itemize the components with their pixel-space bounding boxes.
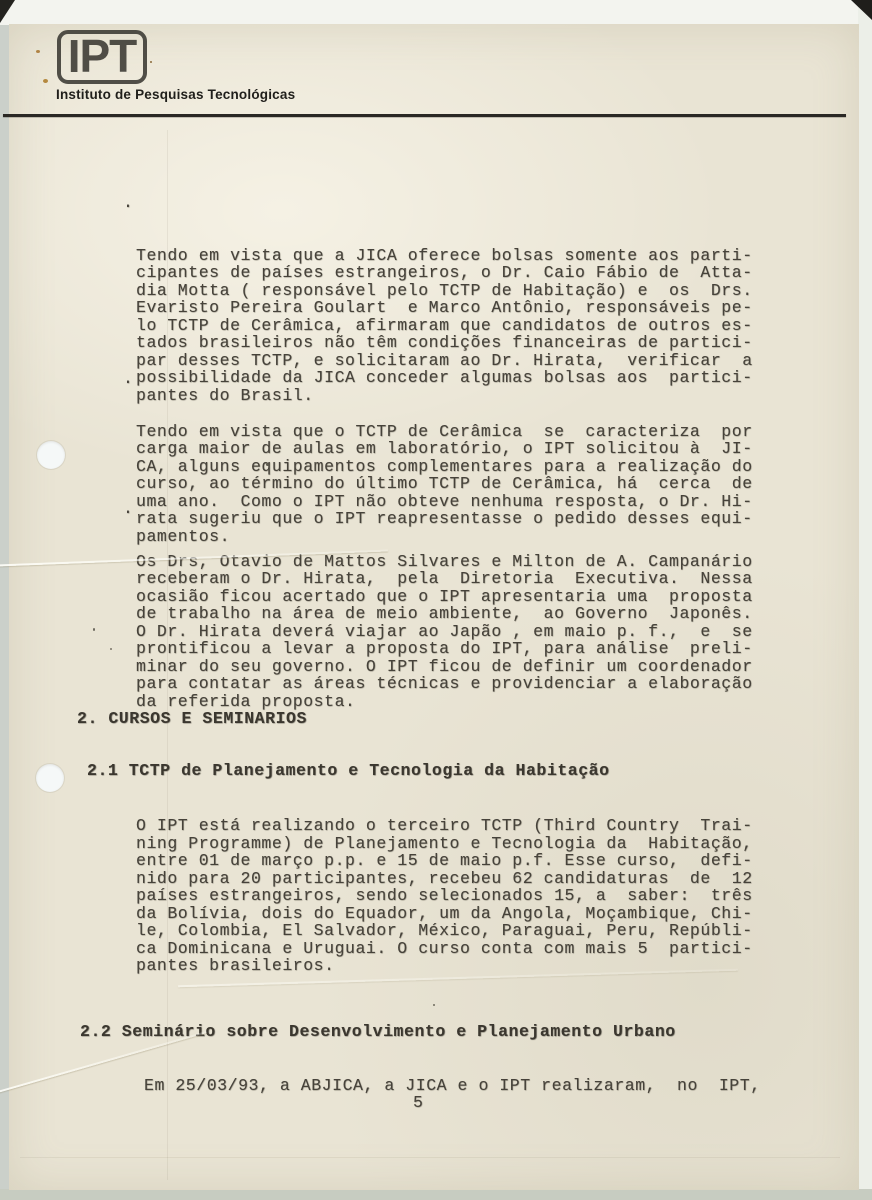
paper-speck: [110, 648, 112, 650]
paper-speck: [43, 79, 48, 83]
text-line: minar do seu governo. O IPT ficou de def…: [136, 658, 753, 676]
paper-speck: [36, 50, 40, 53]
text-line: Evaristo Pereira Goulart e Marco Antônio…: [136, 299, 753, 317]
page-number: 5: [413, 1094, 423, 1112]
text-line: de trabalho na área de meio ambiente, ao…: [136, 605, 753, 623]
text-line: receberam o Dr. Hirata, pela Diretoria E…: [136, 570, 753, 588]
text-line: O Dr. Hirata deverá viajar ao Japão , em…: [136, 623, 753, 641]
text-line: le, Colombia, El Salvador, México, Parag…: [136, 922, 753, 940]
text-line: Tendo em vista que o TCTP de Cerâmica se…: [136, 423, 753, 441]
bullet-marker: .: [123, 500, 133, 518]
text-line: ocasião ficou acertado que o IPT apresen…: [136, 588, 753, 606]
text-line: entre 01 de março p.p. e 15 de maio p.f.…: [136, 852, 753, 870]
text-line: prontificou a levar a proposta do IPT, p…: [136, 640, 753, 658]
text-line: carga maior de aulas em laboratório, o I…: [136, 440, 753, 458]
section-2-1-paragraph: O IPT está realizando o terceiro TCTP (T…: [136, 817, 753, 975]
header-divider: [3, 114, 846, 117]
text-line: par desses TCTP, e solicitaram ao Dr. Hi…: [136, 352, 753, 370]
scanned-document-page: { "document": { "logo": "IPT", "org": "I…: [0, 0, 872, 1200]
text-line: países estrangeiros, sendo selecionados …: [136, 887, 753, 905]
bullet-marker: .: [123, 194, 133, 212]
text-line: tados brasileiros não têm condições fina…: [136, 334, 753, 352]
text-line: O IPT está realizando o terceiro TCTP (T…: [136, 817, 753, 835]
scan-streak-vertical: [167, 130, 168, 1180]
paper-speck: [266, 463, 269, 466]
text-line: da referida proposta.: [136, 693, 753, 711]
paper-speck: [611, 338, 614, 341]
bullet-paragraph-3: . Os Drs, Otavio de Mattos Silvares e Mi…: [136, 500, 753, 710]
text-line: Tendo em vista que a JICA oferece bolsas…: [136, 247, 753, 265]
punch-hole-bottom: [36, 764, 64, 792]
section-2-2-paragraph: Em 25/03/93, a ABJICA, a JICA e o IPT re…: [144, 1077, 761, 1095]
text-line: para contatar as áreas técnicas e provid…: [136, 675, 753, 693]
section-2-1-heading: 2.1 TCTP de Planejamento e Tecnologia da…: [87, 762, 610, 780]
punch-hole-top: [37, 441, 65, 469]
text-line: curso, ao término do último TCTP de Cerâ…: [136, 475, 753, 493]
paper-sheet: IPT Instituto de Pesquisas Tecnológicas …: [9, 24, 859, 1190]
paper-speck: [150, 61, 152, 63]
text-line: Em 25/03/93, a ABJICA, a JICA e o IPT re…: [144, 1077, 761, 1095]
text-line: dia Motta ( responsável pelo TCTP de Hab…: [136, 282, 753, 300]
text-line: da Bolívia, dois do Equador, um da Angol…: [136, 905, 753, 923]
section-2-heading: 2. CURSOS E SEMINARIOS: [77, 710, 307, 728]
text-line: ca Dominicana e Uruguai. O curso conta c…: [136, 940, 753, 958]
ipt-logo-text: IPT: [68, 33, 137, 79]
page-content: IPT Instituto de Pesquisas Tecnológicas …: [0, 0, 872, 1200]
ipt-logo: IPT: [57, 30, 147, 84]
text-line: cipantes de países estrangeiros, o Dr. C…: [136, 264, 753, 282]
section-2-2-heading: 2.2 Seminário sobre Desenvolvimento e Pl…: [80, 1023, 676, 1041]
organization-name: Instituto de Pesquisas Tecnológicas: [56, 87, 295, 102]
paper-speck: [433, 1004, 435, 1006]
bullet-marker: .: [123, 370, 133, 388]
paper-speck: [93, 628, 95, 631]
text-line: ning Programme) de Planejamento e Tecnol…: [136, 835, 753, 853]
scan-streak-horizontal: [20, 1157, 840, 1158]
text-line: nido para 20 participantes, recebeu 62 c…: [136, 870, 753, 888]
text-line: lo TCTP de Cerâmica, afirmaram que candi…: [136, 317, 753, 335]
text-line: CA, alguns equipamentos complementares p…: [136, 458, 753, 476]
